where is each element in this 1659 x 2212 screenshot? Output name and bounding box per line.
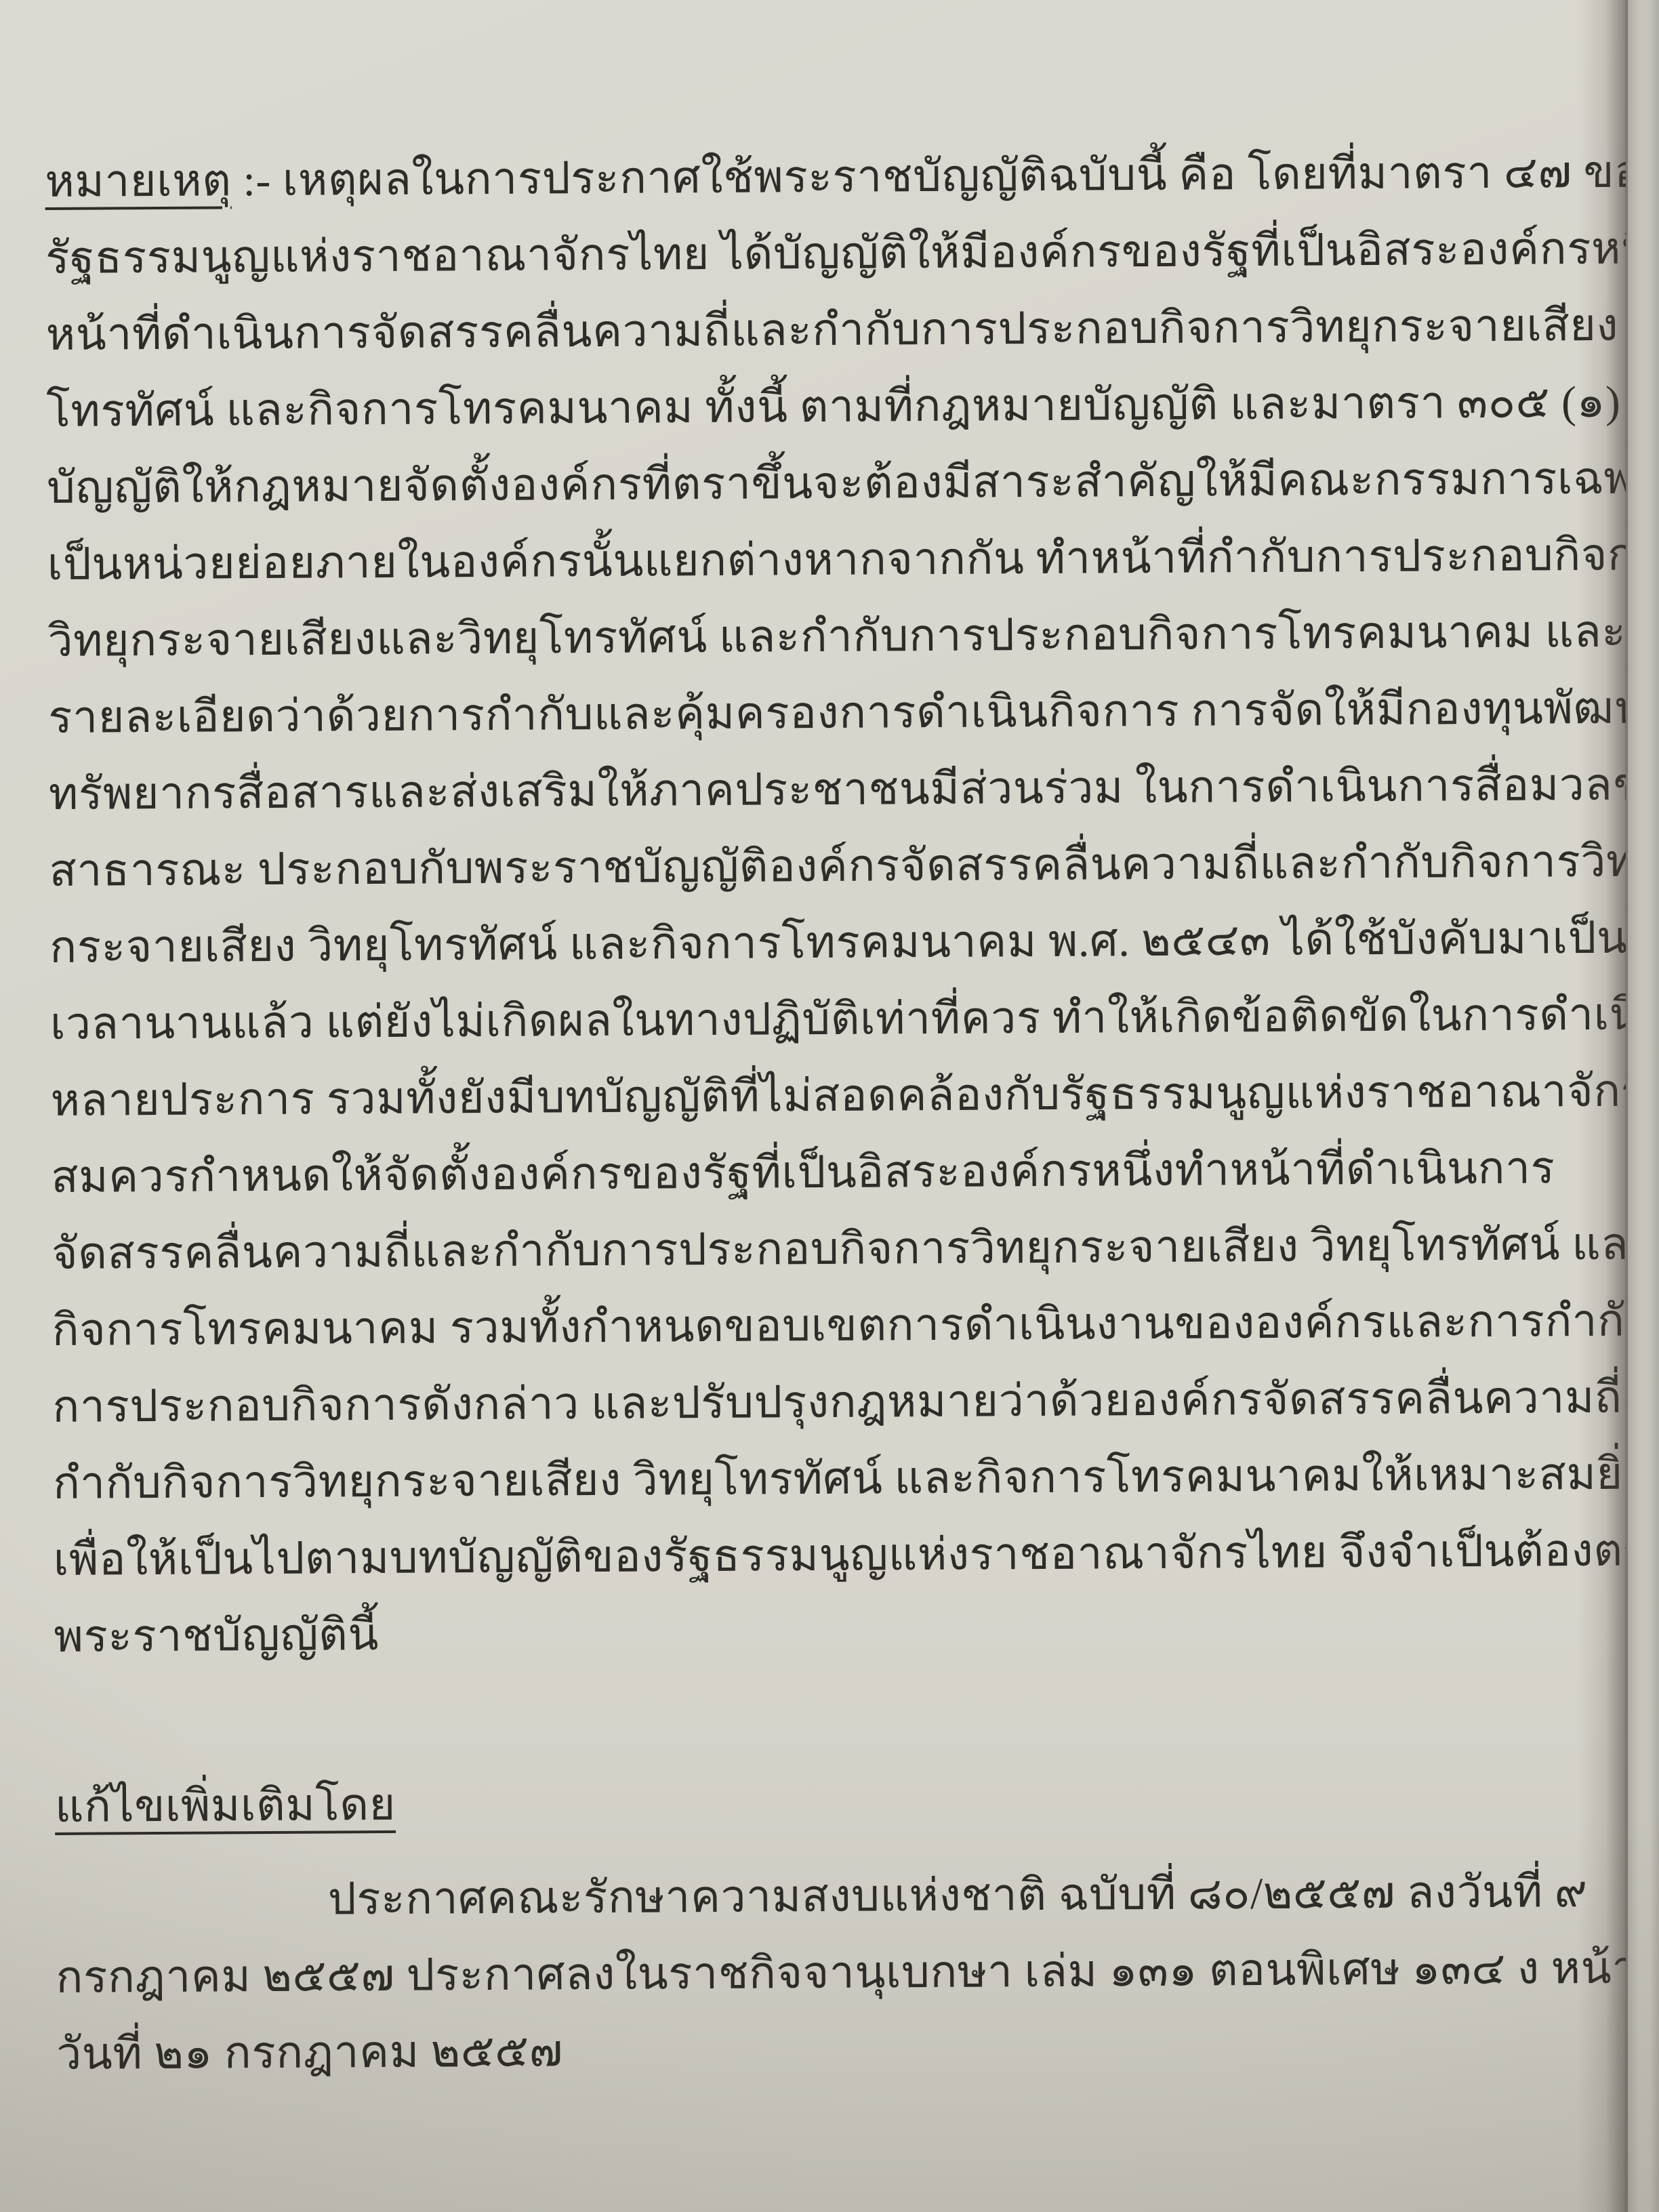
page-content: หมายเหตุ :- เหตุผลในการประกาศใช้พระราชบั… bbox=[45, 134, 1586, 2093]
note-paragraph-line: สมควรกำหนดให้จัดตั้งองค์กรของรัฐที่เป็นอ… bbox=[51, 1130, 1580, 1216]
note-paragraph-line: โทรทัศน์ และกิจการโทรคมนาคม ทั้งนี้ ตามท… bbox=[46, 364, 1576, 450]
note-line-text: เหตุผลในการประกาศใช้พระราชบัญญัติฉบับนี้… bbox=[283, 147, 1659, 205]
note-paragraph-line: กำกับกิจการวิทยุกระจายเสียง วิทยุโทรทัศน… bbox=[53, 1436, 1582, 1522]
amendment-last-line: วันที่ ๒๑ กรกฎาคม ๒๕๕๗ bbox=[56, 2007, 1586, 2093]
note-paragraph-line: รายละเอียดว่าด้วยการกำกับและคุ้มครองการด… bbox=[48, 670, 1578, 756]
note-paragraph-line: หน้าที่ดำเนินการจัดสรรคลื่นความถี่และกำก… bbox=[45, 287, 1575, 373]
amendment-line: ประกาศคณะรักษาความสงบแห่งชาติ ฉบับที่ ๘๐… bbox=[55, 1853, 1584, 1940]
note-paragraph-line: การประกอบกิจการดังกล่าว และปรับปรุงกฎหมา… bbox=[52, 1359, 1582, 1446]
note-paragraph-line: วิทยุกระจายเสียงและวิทยุโทรทัศน์ และกำกั… bbox=[47, 594, 1577, 680]
note-paragraph-line: กระจายเสียง วิทยุโทรทัศน์ และกิจการโทรคม… bbox=[49, 900, 1579, 986]
book-page-photo: หมายเหตุ :- เหตุผลในการประกาศใช้พระราชบั… bbox=[0, 0, 1659, 2212]
note-paragraph-line: ทรัพยากรสื่อสารและส่งเสริมให้ภาคประชาชนม… bbox=[49, 747, 1578, 833]
note-paragraph-line: เป็นหน่วยย่อยภายในองค์กรนั้นแยกต่างหากจา… bbox=[47, 517, 1576, 603]
note-label: หมายเหตุ bbox=[45, 156, 232, 207]
note-separator: :- bbox=[231, 156, 283, 205]
note-paragraph-line: จัดสรรคลื่นความถี่และกำกับการประกอบกิจกา… bbox=[52, 1206, 1581, 1292]
note-paragraph-line: เพื่อให้เป็นไปตามบทบัญญัติของรัฐธรรมนูญแ… bbox=[53, 1513, 1582, 1599]
amendment-heading-text: แก้ไขเพิ่มเติมโดย bbox=[55, 1780, 396, 1832]
note-paragraph-last-line: พระราชบัญญัตินี้ bbox=[54, 1589, 1583, 1675]
note-paragraph-line: บัญญัติให้กฎหมายจัดตั้งองค์กรที่ตราขึ้นจ… bbox=[47, 441, 1576, 527]
note-paragraph-line: สาธารณะ ประกอบกับพระราชบัญญัติองค์กรจัดส… bbox=[49, 823, 1578, 909]
note-paragraph-line: หมายเหตุ :- เหตุผลในการประกาศใช้พระราชบั… bbox=[45, 134, 1574, 220]
page-curl-shadow bbox=[1578, 0, 1628, 2212]
note-paragraph-line: หลายประการ รวมทั้งยังมีบทบัญญัติที่ไม่สอ… bbox=[50, 1053, 1580, 1139]
note-paragraph-line: รัฐธรรมนูญแห่งราชอาณาจักรไทย ได้บัญญัติใ… bbox=[45, 211, 1575, 297]
note-paragraph-line: เวลานานแล้ว แต่ยังไม่เกิดผลในทางปฏิบัติเ… bbox=[50, 977, 1580, 1063]
amendment-line: กรกฎาคม ๒๕๕๗ ประกาศลงในราชกิจจานุเบกษา เ… bbox=[56, 1930, 1585, 2016]
book-pages-edge bbox=[1626, 0, 1659, 2212]
note-paragraph-line: กิจการโทรคมนาคม รวมทั้งกำหนดขอบเขตการดำเ… bbox=[52, 1283, 1581, 1369]
amendment-heading: แก้ไขเพิ่มเติมโดย bbox=[55, 1759, 1584, 1845]
